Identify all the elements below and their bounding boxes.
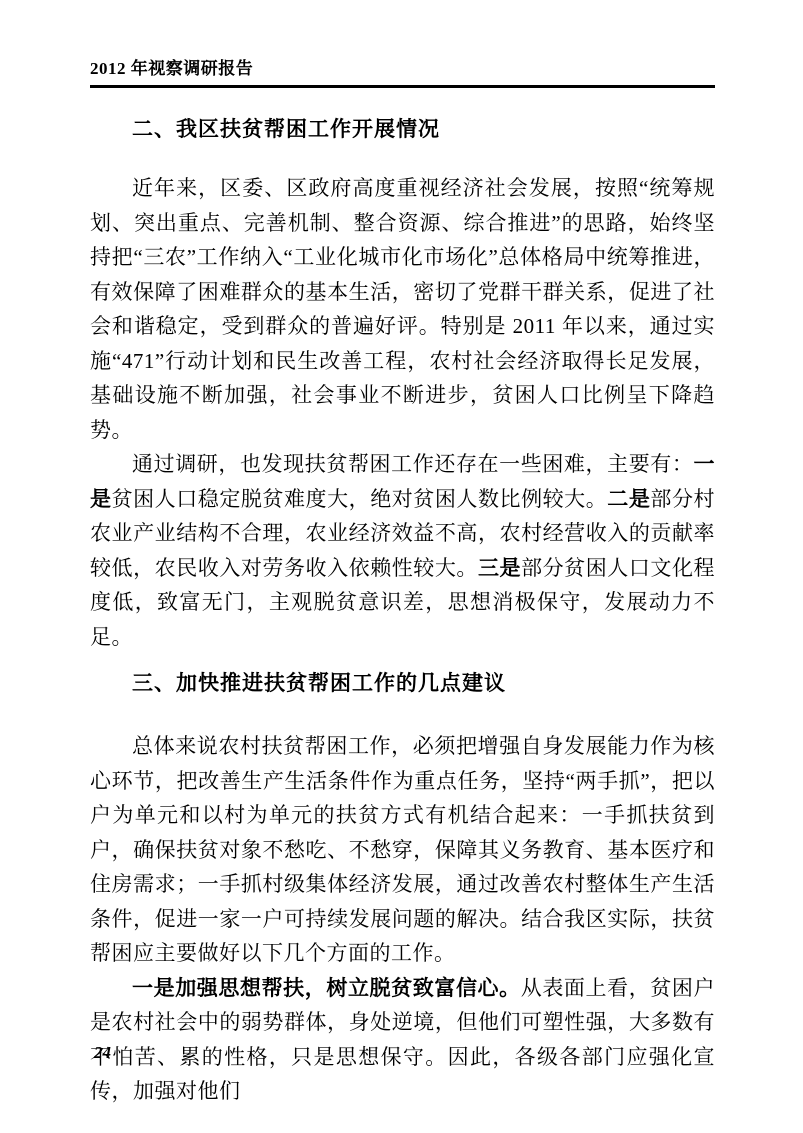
paragraph-suggestion-1: 一是加强思想帮扶，树立脱贫致富信心。从表面上看，贫困户是农村社会中的弱势群体，身… (90, 971, 715, 1109)
section-heading-3: 三、加快推进扶贫帮困工作的几点建议 (90, 671, 715, 697)
section-heading-2: 二、我区扶贫帮困工作开展情况 (90, 117, 715, 143)
document-body: 二、我区扶贫帮困工作开展情况 近年来，区委、区政府高度重视经济社会发展，按照“统… (90, 117, 715, 1109)
page-header: 2012 年视察调研报告 (90, 58, 715, 88)
header-title: 2012 年视察调研报告 (90, 58, 715, 80)
document-page: 2012 年视察调研报告 二、我区扶贫帮困工作开展情况 近年来，区委、区政府高度… (0, 0, 803, 1133)
paragraph-suggestions-intro: 总体来说农村扶贫帮困工作，必须把增强自身发展能力作为核心环节，把改善生产生活条件… (90, 729, 715, 971)
page-number: 24 (94, 1043, 111, 1063)
paragraph-difficulties: 通过调研，也发现扶贫帮困工作还存在一些困难，主要有：一是贫困人口稳定脱贫难度大，… (90, 447, 715, 654)
paragraph-overview: 近年来，区委、区政府高度重视经济社会发展，按照“统筹规划、突出重点、完善机制、整… (90, 171, 715, 447)
header-rule (90, 85, 715, 88)
